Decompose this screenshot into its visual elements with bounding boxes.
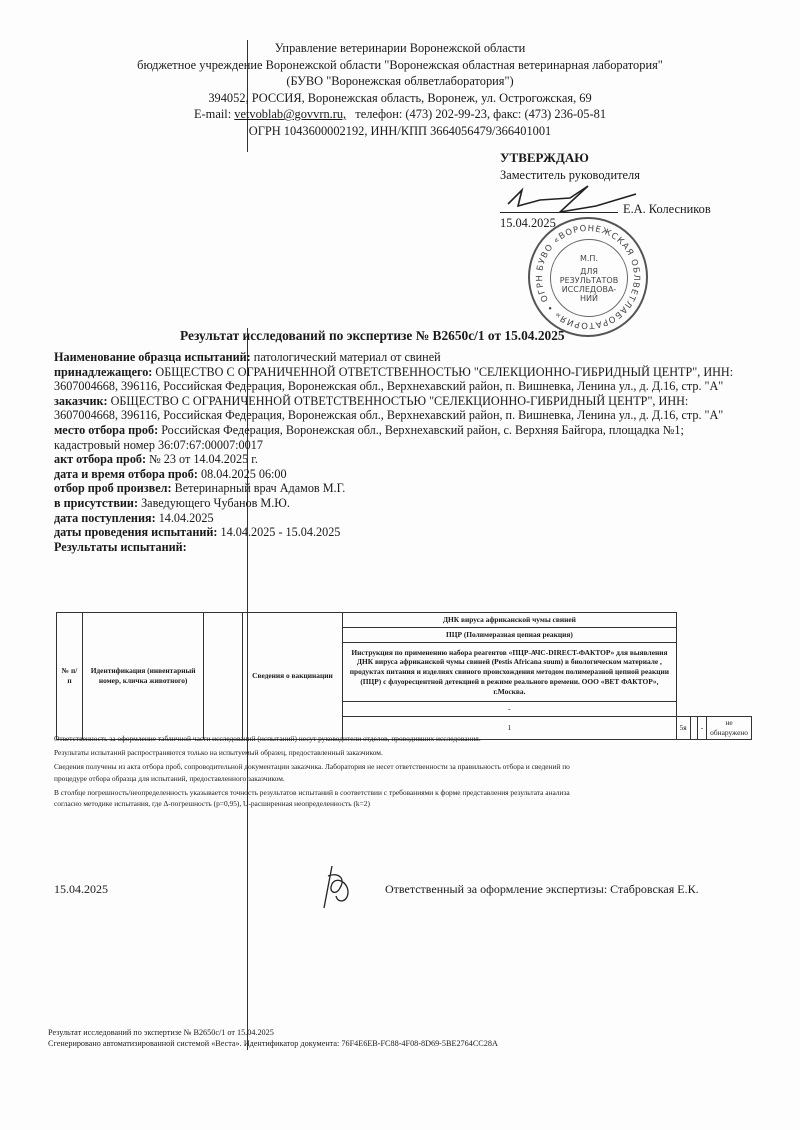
field-label: место отбора проб: xyxy=(54,423,158,437)
footer-reference: Результат исследований по экспертизе № В… xyxy=(48,1027,498,1038)
notes-block: Ответственность за оформление табличной … xyxy=(54,733,754,809)
field-sample-name: Наименование образца испытаний: патологи… xyxy=(54,350,744,365)
field-label: отбор проб произвел: xyxy=(54,481,172,495)
field-value: Ветеринарный врач Адамов М.Г. xyxy=(175,481,346,495)
note-uncertainty-cont: согласно методике испытания, где Δ-погре… xyxy=(54,798,754,809)
stamp-text: ИССЛЕДОВА- xyxy=(562,285,617,294)
field-label: даты проведения испытаний: xyxy=(54,525,218,539)
note-scope: Результаты испытаний распространяются то… xyxy=(54,747,754,758)
approver-name: Е.А. Колесников xyxy=(623,202,711,217)
email-link[interactable]: vetvoblab@govvrn.ru, xyxy=(234,107,346,121)
note-source: Сведения получены из акта отбора проб, с… xyxy=(54,761,754,772)
email-label: E-mail: xyxy=(194,107,231,121)
field-value: Заведующего Чубанов М.Ю. xyxy=(141,496,290,510)
field-label: в присутствии: xyxy=(54,496,138,510)
field-value: патологический материал от свиней xyxy=(254,350,441,364)
field-sampling-datetime: дата и время отбора проб: 08.04.2025 06:… xyxy=(54,467,744,482)
header-line-contacts: E-mail: vetvoblab@govvrn.ru, телефон: (4… xyxy=(60,106,740,123)
field-value: 08.04.2025 06:00 xyxy=(201,467,287,481)
header-method: ПЦР (Полимеразная цепная реакция) xyxy=(343,628,676,643)
signature-icon xyxy=(318,862,354,912)
field-test-dates: даты проведения испытаний: 14.04.2025 - … xyxy=(54,525,744,540)
field-label: заказчик: xyxy=(54,394,108,408)
signature-line xyxy=(500,212,618,213)
phone-fax: телефон: (473) 202-99-23, факс: (473) 23… xyxy=(355,107,606,121)
header-vaccination: Сведения о вакцинации xyxy=(242,613,343,740)
field-label: дата поступления: xyxy=(54,511,156,525)
header-line-institution: бюджетное учреждение Воронежской области… xyxy=(60,57,740,74)
field-receipt-date: дата поступления: 14.04.2025 xyxy=(54,511,744,526)
field-owner: принадлежащего: ОБЩЕСТВО С ОГРАНИЧЕННОЙ … xyxy=(54,365,744,394)
field-value: 14.04.2025 xyxy=(159,511,214,525)
field-label: Результаты испытаний: xyxy=(54,540,187,554)
sample-details: Наименование образца испытаний: патологи… xyxy=(54,350,744,554)
header-unit: - xyxy=(343,702,676,717)
field-sampling-act: акт отбора проб: № 23 от 14.04.2025 г. xyxy=(54,452,744,467)
official-stamp: БУВО «ВОРОНЕЖСКАЯ ОБЛВЕТЛАБОРАТОРИЯ» • О… xyxy=(528,217,648,337)
responsible-person: Ответственный за оформление экспертизы: … xyxy=(385,882,699,897)
header-identification: Идентификация (инвентарный номер, кличка… xyxy=(82,613,203,740)
field-label: акт отбора проб: xyxy=(54,452,146,466)
field-presence: в присутствии: Заведующего Чубанов М.Ю. xyxy=(54,496,744,511)
signoff-date: 15.04.2025 xyxy=(54,882,108,897)
field-sampling-place: место отбора проб: Российская Федерация,… xyxy=(54,423,744,452)
note-source-cont: процедуре отбора образца для испытаний, … xyxy=(54,773,754,784)
stamp-text: ДЛЯ xyxy=(580,267,598,276)
stamp-text: РЕЗУЛЬТАТОВ xyxy=(560,276,618,285)
results-table: № п/п Идентификация (инвентарный номер, … xyxy=(56,612,752,740)
header-indicator: ДНК вируса африканской чумы свиней xyxy=(343,613,676,628)
field-value: № 23 от 14.04.2025 г. xyxy=(149,452,258,466)
header-line-ogrn: ОГРН 1043600002192, ИНН/КПП 3664056479/3… xyxy=(60,123,740,140)
field-label: дата и время отбора проб: xyxy=(54,467,198,481)
table-header-row: № п/п Идентификация (инвентарный номер, … xyxy=(57,613,752,628)
document-footer: Результат исследований по экспертизе № В… xyxy=(48,1027,498,1049)
organization-header: Управление ветеринарии Воронежской облас… xyxy=(60,40,740,139)
document-title: Результат исследований по экспертизе № В… xyxy=(180,328,565,344)
field-results-heading: Результаты испытаний: xyxy=(54,540,744,555)
field-value: 14.04.2025 - 15.04.2025 xyxy=(221,525,341,539)
field-label: Наименование образца испытаний: xyxy=(54,350,251,364)
stamp-center: М.П. ДЛЯ РЕЗУЛЬТАТОВ ИССЛЕДОВА- НИЙ xyxy=(550,239,628,317)
field-value: ОБЩЕСТВО С ОГРАНИЧЕННОЙ ОТВЕТСТВЕННОСТЬЮ… xyxy=(54,365,733,394)
note-responsibility: Ответственность за оформление табличной … xyxy=(54,733,754,744)
header-num: № п/п xyxy=(57,613,83,740)
approval-title: УТВЕРЖДАЮ xyxy=(500,150,640,166)
footer-generator-id: Сгенерировано автоматизированной системо… xyxy=(48,1038,498,1049)
note-uncertainty: В столбце погрешность/неопределенность у… xyxy=(54,787,754,798)
field-customer: заказчик: ОБЩЕСТВО С ОГРАНИЧЕННОЙ ОТВЕТС… xyxy=(54,394,744,423)
field-value: ОБЩЕСТВО С ОГРАНИЧЕННОЙ ОТВЕТСТВЕННОСТЬЮ… xyxy=(54,394,723,423)
field-label: принадлежащего: xyxy=(54,365,152,379)
header-blank xyxy=(204,613,242,740)
field-sampler: отбор проб произвел: Ветеринарный врач А… xyxy=(54,481,744,496)
header-line-short-name: (БУВО "Воронежская облветлаборатория") xyxy=(60,73,740,90)
header-line-address: 394052, РОССИЯ, Воронежская область, Вор… xyxy=(60,90,740,107)
header-instruction: Инструкция по применению набора реагенто… xyxy=(343,643,676,702)
stamp-mp: М.П. xyxy=(580,254,598,263)
header-line-ministry: Управление ветеринарии Воронежской облас… xyxy=(60,40,740,57)
stamp-text: НИЙ xyxy=(580,294,598,303)
